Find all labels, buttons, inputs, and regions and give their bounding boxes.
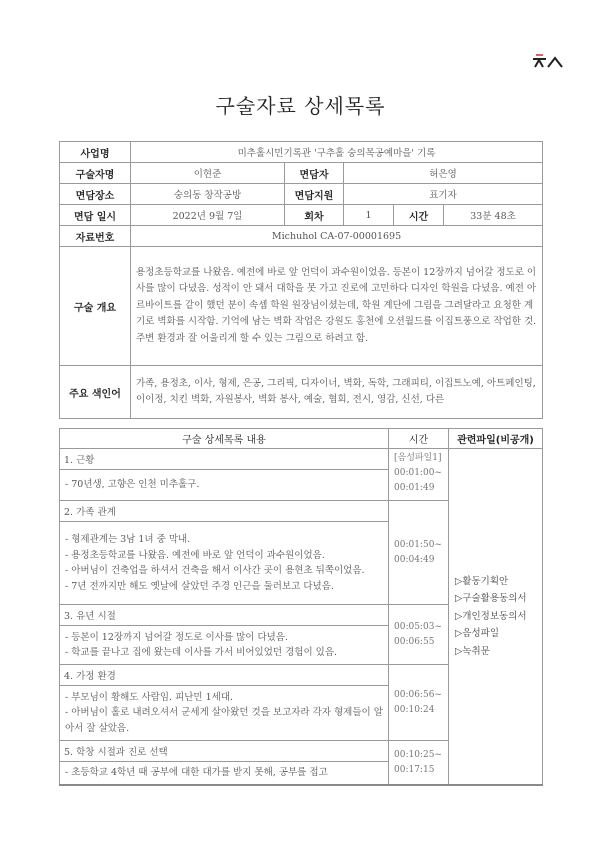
section-detail: - 등본이 12장까지 넘어갈 정도로 이사를 많이 다녔음. - 학교를 끝나…: [60, 626, 389, 665]
institution-logo-icon: [530, 50, 566, 70]
section-title-row: 1. 근황 [음성파일1] 00:01:00~ 00:01:49 ▷활동기획안 …: [60, 449, 543, 470]
place-value: 숭의동 창작공방: [131, 184, 285, 205]
detail-line: - 부모님이 황해도 사람임. 피난민 1세대.: [65, 690, 383, 706]
interviewer-value: 허은영: [344, 163, 543, 184]
place-label: 면담장소: [60, 184, 131, 205]
date-label: 면담 일시: [60, 205, 131, 226]
project-row: 사업명 미추홀시민기록관 '구추홀 숭의목공예마을' 기록: [60, 142, 543, 163]
ref-value: Michuhol CA-07-00001695: [131, 226, 543, 247]
section-detail: - 형제관계는 3남 1녀 중 막내. - 용정초등학교를 나왔음. 예전에 바…: [60, 522, 389, 605]
time-line: 00:01:00~: [394, 466, 443, 481]
section-title: 3. 유년 시절: [60, 605, 389, 626]
keywords-row: 주요 색인어 가족, 용정초, 이사, 형제, 은공, 그리픽, 디자이너, 벽…: [60, 366, 543, 419]
place-row: 면담장소 숭의동 창작공방 면담지원 표기자: [60, 184, 543, 205]
file-link: ▷개인정보동의서: [455, 608, 538, 626]
ref-label: 자료번호: [60, 226, 131, 247]
col-files-header: 관련파일(비공개): [449, 429, 543, 449]
section-title: 4. 가정 환경: [60, 665, 389, 686]
section-title: 1. 근황: [60, 449, 389, 470]
file-link: ▷녹취문: [455, 643, 538, 661]
detail-line: - 초등학교 4학년 때 공부에 대한 대가를 받지 못해, 공부를 접고: [65, 765, 383, 781]
keywords-label: 주요 색인어: [60, 366, 131, 419]
related-files-cell: ▷활동기획안 ▷구술활용동의서 ▷개인정보동의서 ▷음성파일 ▷녹취문: [449, 449, 543, 786]
document-title: 구술자료 상세목록: [0, 90, 601, 119]
summary-row: 구술 개요 용정초등학교를 나왔음. 예전에 바로 앞 언덕이 과수원이었음. …: [60, 247, 543, 366]
session-label: 회차: [285, 205, 344, 226]
info-table: 사업명 미추홀시민기록관 '구추홀 숭의목공예마을' 기록 구술자명 이현준 면…: [59, 141, 543, 419]
time-line: 00:10:24: [394, 703, 443, 718]
narrator-value: 이현준: [131, 163, 285, 184]
keywords-value: 가족, 용정초, 이사, 형제, 은공, 그리픽, 디자이너, 벽화, 독학, …: [131, 366, 543, 419]
detail-line: - 70년생, 고향은 인천 미추홀구.: [65, 477, 383, 493]
duration-label: 시간: [394, 205, 444, 226]
assistant-value: 표기자: [344, 184, 543, 205]
time-line: 00:01:49: [394, 481, 443, 496]
project-value: 미추홀시민기록관 '구추홀 숭의목공예마을' 기록: [131, 142, 543, 163]
summary-label: 구술 개요: [60, 247, 131, 366]
time-line: 00:05:03~: [394, 620, 443, 635]
section-detail: - 70년생, 고향은 인천 미추홀구.: [60, 470, 389, 501]
section-time: 00:05:03~ 00:06:55: [389, 605, 449, 665]
detail-line: - 아버님이 건축업을 하셔서 건축을 해서 이사간 곳이 용현초 뒤쪽이었음.: [65, 563, 383, 579]
time-line: 00:10:25~: [394, 748, 443, 763]
date-value: 2022년 9월 7일: [131, 205, 285, 226]
section-detail: - 부모님이 황해도 사람임. 피난민 1세대. - 아버님이 홀로 내려오셔서…: [60, 686, 389, 741]
col-content-header: 구술 상세목록 내용: [60, 429, 389, 449]
section-title: 5. 학창 시절과 진로 선택: [60, 741, 389, 762]
detail-line: - 등본이 12장까지 넘어갈 정도로 이사를 많이 다녔음.: [65, 630, 383, 646]
summary-value: 용정초등학교를 나왔음. 예전에 바로 앞 언덕이 과수원이었음. 등본이 12…: [131, 247, 543, 366]
time-line: 00:06:55: [394, 635, 443, 650]
section-time: 00:06:56~ 00:10:24: [389, 665, 449, 741]
detail-header-row: 구술 상세목록 내용 시간 관련파일(비공개): [60, 429, 543, 449]
duration-value: 33분 48초: [444, 205, 543, 226]
assistant-label: 면담지원: [285, 184, 344, 205]
section-detail: - 초등학교 4학년 때 공부에 대한 대가를 받지 못해, 공부를 접고: [60, 762, 389, 786]
interviewer-label: 면담자: [285, 163, 344, 184]
file-link: ▷음성파일: [455, 625, 538, 643]
section-title: 2. 가족 관계: [60, 501, 389, 522]
detail-line: - 용정초등학교를 나왔음. 예전에 바로 앞 언덕이 과수원이었음.: [65, 548, 383, 564]
time-line: 00:17:15: [394, 763, 443, 778]
detail-table: 구술 상세목록 내용 시간 관련파일(비공개) 1. 근황 [음성파일1] 00…: [59, 428, 543, 786]
detail-line: - 아버님이 홀로 내려오셔서 군세게 살아왔던 것을 보고자라 각자 형제들이…: [65, 705, 383, 736]
detail-line: - 학교를 끝나고 집에 왔는데 이사를 가서 비어있었던 경험이 있음.: [65, 645, 383, 661]
time-line: 00:04:49: [394, 553, 443, 568]
session-value: 1: [344, 205, 394, 226]
section-time: 00:01:50~ 00:04:49: [389, 501, 449, 605]
col-time-header: 시간: [389, 429, 449, 449]
file-link: ▷구술활용동의서: [455, 590, 538, 608]
narrator-label: 구술자명: [60, 163, 131, 184]
project-label: 사업명: [60, 142, 131, 163]
detail-line: - 7년 전까지만 해도 옛날에 살았던 주경 인근을 둘러보고 다녔음.: [65, 579, 383, 595]
time-line: 00:01:50~: [394, 538, 443, 553]
time-line: [음성파일1]: [394, 451, 443, 466]
detail-line: - 형제관계는 3남 1녀 중 막내.: [65, 532, 383, 548]
section-time: [음성파일1] 00:01:00~ 00:01:49: [389, 449, 449, 501]
ref-row: 자료번호 Michuhol CA-07-00001695: [60, 226, 543, 247]
narrator-row: 구술자명 이현준 면담자 허은영: [60, 163, 543, 184]
time-line: 00:06:56~: [394, 688, 443, 703]
file-link: ▷활동기획안: [455, 573, 538, 591]
section-time: 00:10:25~ 00:17:15: [389, 741, 449, 786]
date-row: 면담 일시 2022년 9월 7일 회차 1 시간 33분 48초: [60, 205, 543, 226]
